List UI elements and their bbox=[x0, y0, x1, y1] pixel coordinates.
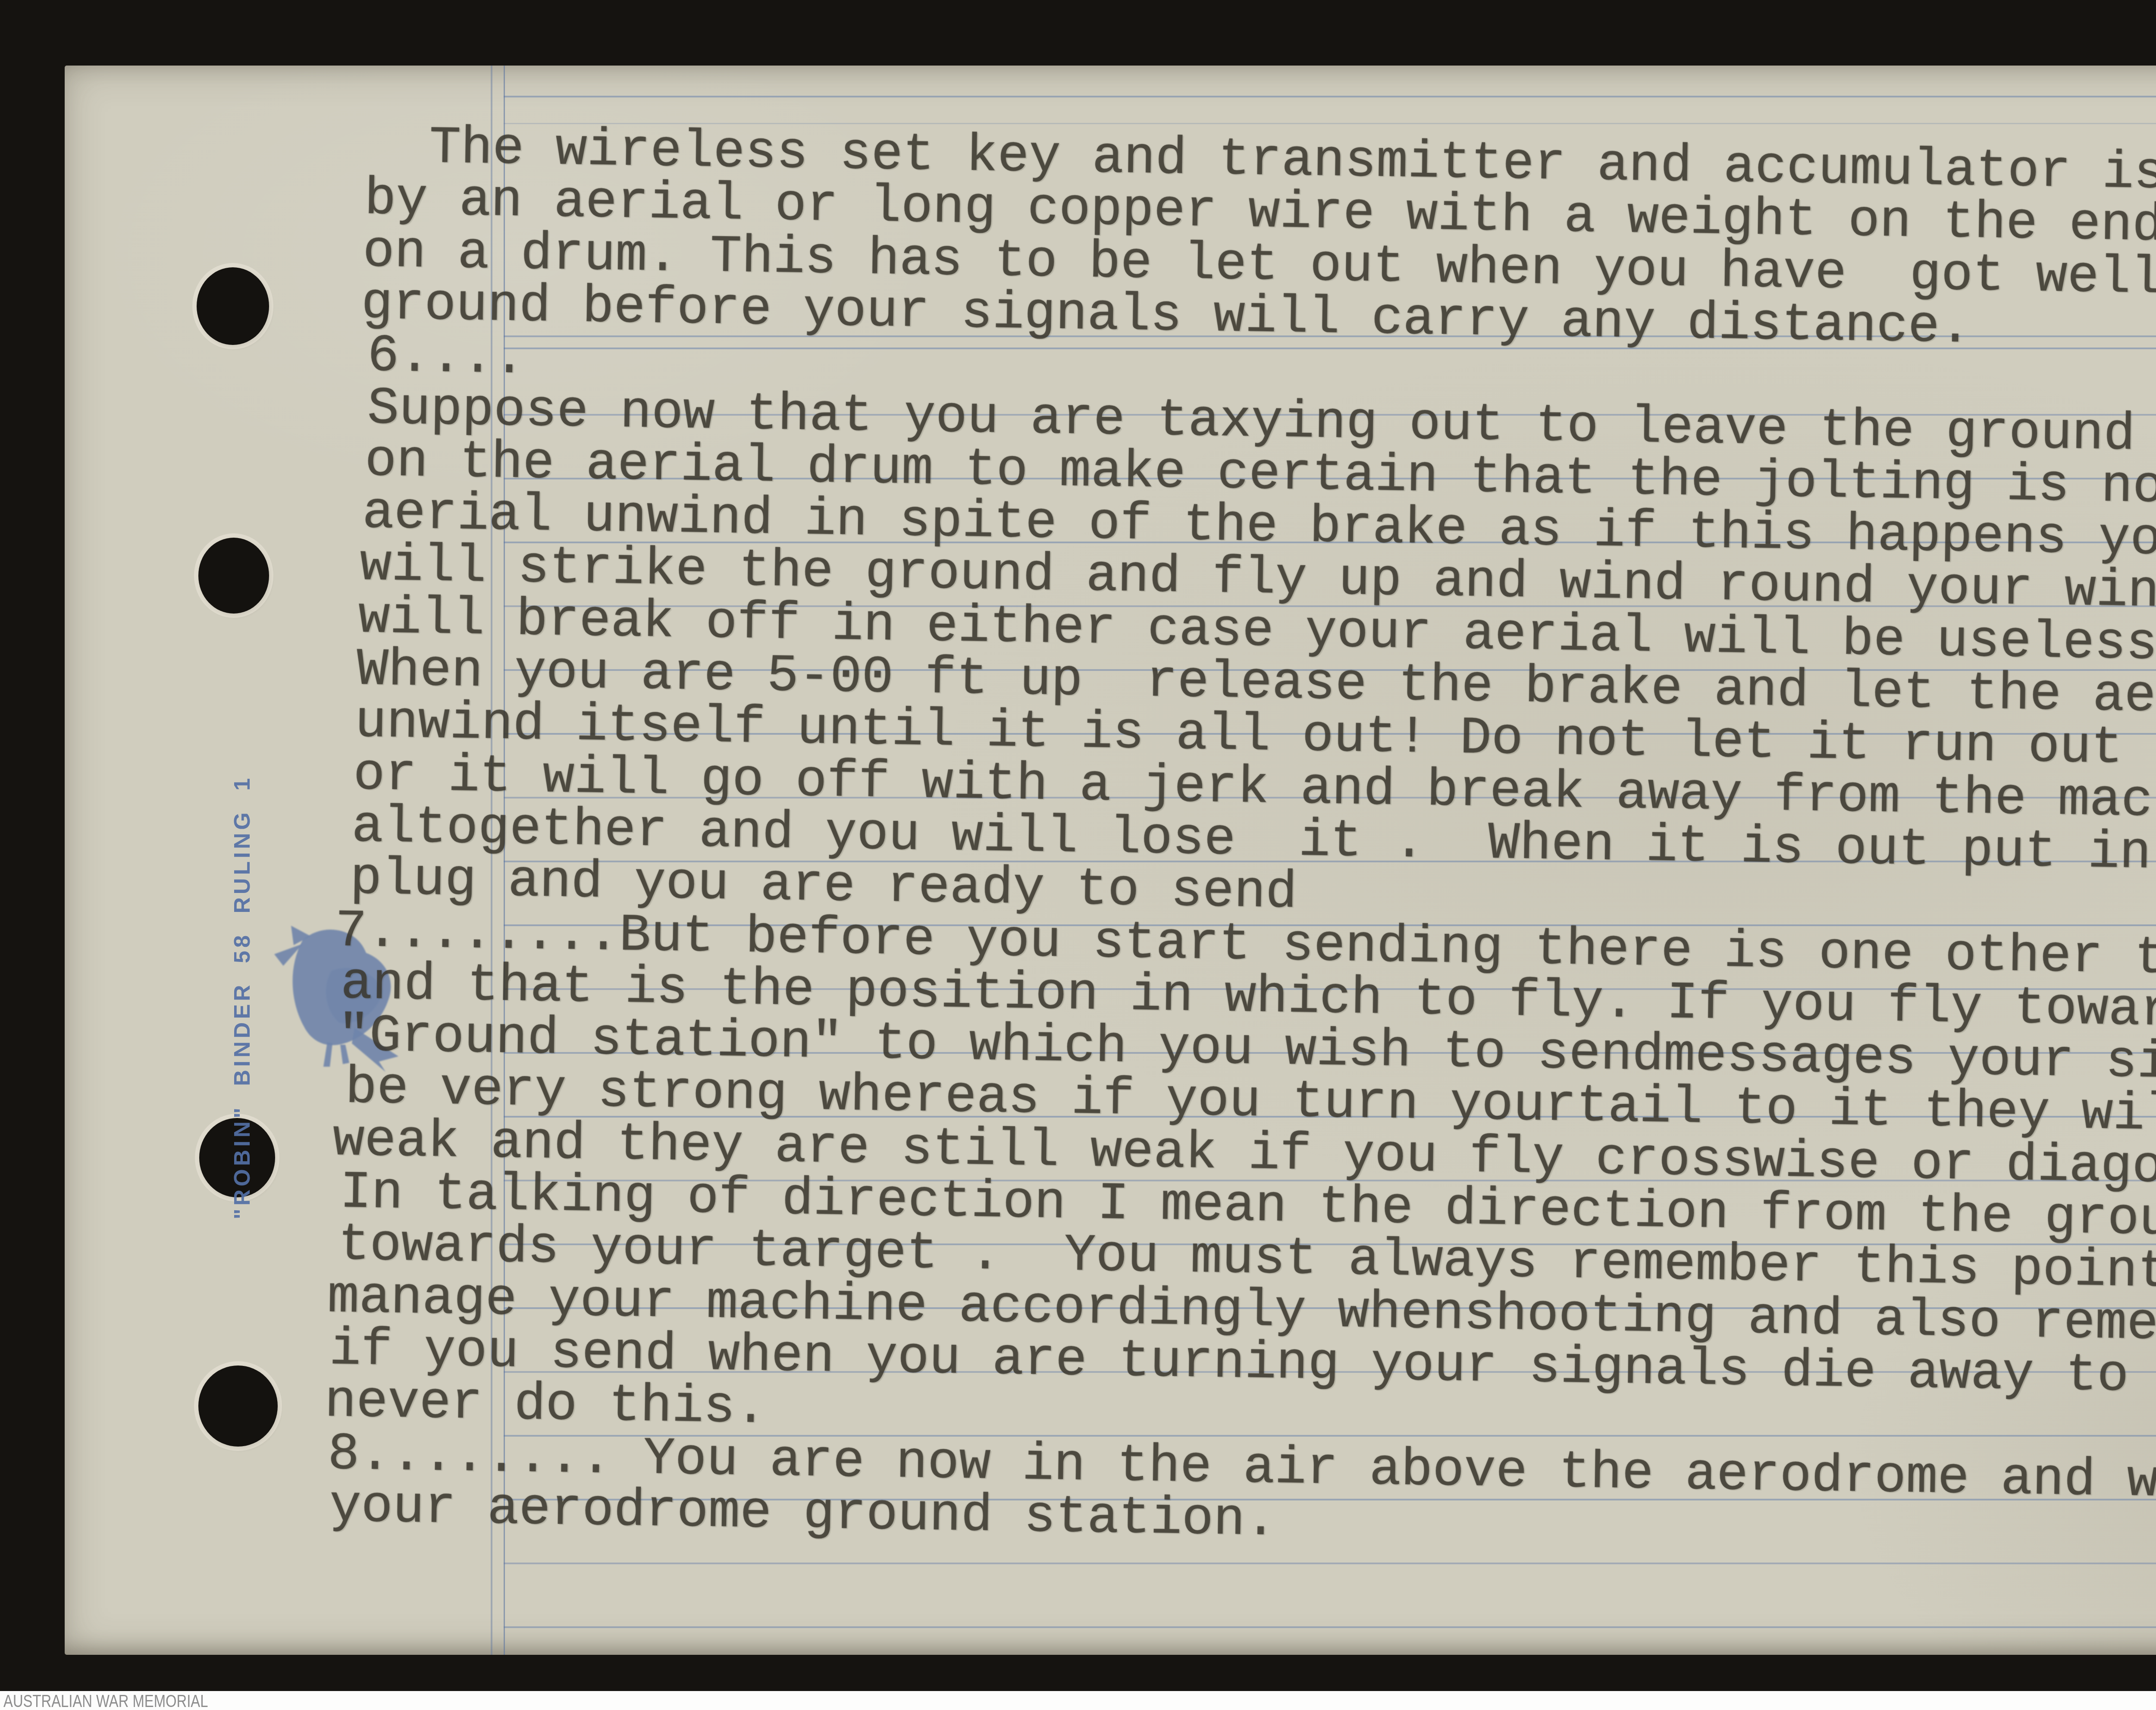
document-page: "ROBIN" BINDER 58 RULING 1 The wireless … bbox=[65, 66, 2156, 1655]
typed-line: your aerodrome ground station. bbox=[329, 1480, 1277, 1547]
typed-text-block: The wireless set key and transmitter and… bbox=[65, 66, 2156, 1655]
scan-background: { "page": { "typed_lines": [ " The wirel… bbox=[0, 0, 2156, 1710]
typed-line: 6.... bbox=[367, 330, 526, 384]
footer-bar: AUSTRALIAN WAR MEMORIAL AWM2019.22.242 bbox=[0, 1691, 2156, 1710]
footer-left-label: AUSTRALIAN WAR MEMORIAL bbox=[3, 1691, 208, 1710]
